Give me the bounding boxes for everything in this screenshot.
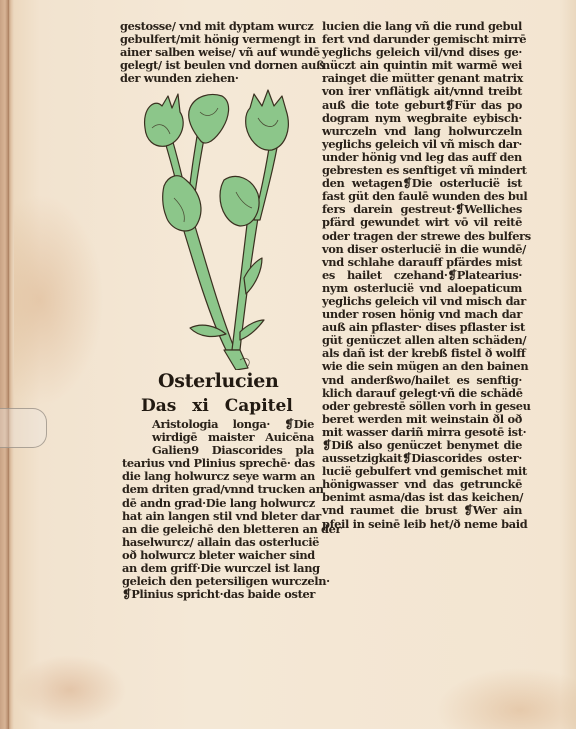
text-line: pfärd gewundet wirt vō vil reitē	[322, 216, 522, 229]
text-line: vnd schlahe darauff pfärdes mist	[322, 256, 522, 269]
text-line: auß die tote geburt❡Für das po	[322, 99, 522, 112]
text-line: von irer vnflätigk ait/vnnd treibt	[322, 85, 522, 98]
text-line: pfeil in seinē leib het/ð neme baid	[322, 518, 522, 531]
text-line: dogram nym wegbraite eybisch·	[322, 112, 522, 125]
left-column-top-text: gestosse/ vnd mit dyptam wurcz gebulfert…	[120, 20, 312, 85]
text-line: dem driten grad/vnnd trucken an	[122, 483, 314, 496]
text-line: wurczeln vnd lang holwurczeln	[322, 125, 522, 138]
text-line: von diser osterlucië in die wundē/	[322, 243, 522, 256]
text-line: haselwurcz/ allain das osterlucië	[122, 536, 314, 549]
text-line: an die geleichē den bletteren an der	[122, 523, 314, 536]
text-line: ❡Plinius spricht·das baide oster	[122, 588, 314, 601]
text-line: klich darauf gelegt·vñ die schädē	[322, 387, 522, 400]
text-line: es hailet czehand·❡Platearius·	[322, 269, 522, 282]
text-line: yeglichs geleich vil vñ misch dar·	[322, 138, 522, 151]
chapter-title: Osterlucien	[158, 370, 279, 392]
text-line: beret werden mit weinstain ðl oð	[322, 413, 522, 426]
left-column-body-text: Aristologia longa· ❡Die wirdigē maister …	[122, 418, 314, 601]
paper-clip	[0, 408, 47, 448]
text-line: der wunden ziehen·	[120, 72, 312, 85]
right-column-text: lucien die lang vñ die rund gebul fert v…	[322, 20, 522, 531]
manuscript-page: gestosse/ vnd mit dyptam wurcz gebulfert…	[0, 0, 576, 729]
text-line: wie die sein mügen an den bainen	[322, 360, 522, 373]
chapter-subtitle: Das xi Capitel	[141, 396, 293, 416]
text-line: vnd raumet die brust ❡Wer ain	[322, 504, 522, 517]
book-binding-edge	[0, 0, 14, 729]
binding-fold-line	[8, 0, 9, 729]
text-line: vnd anderßwo/hailet es senftig·	[322, 374, 522, 387]
plant-woodcut-illustration	[140, 88, 300, 370]
text-line: oder tragen der strewe des bulfers	[322, 230, 522, 243]
text-line: dē andn grad·Die lang holwurcz	[122, 497, 314, 510]
text-line: oder gebrestē söllen vorh in geseu	[322, 400, 522, 413]
text-line: nym osterlucië vnd aloepaticum	[322, 282, 522, 295]
text-line: hat ain langen stil vnd bleter dar	[122, 510, 314, 523]
